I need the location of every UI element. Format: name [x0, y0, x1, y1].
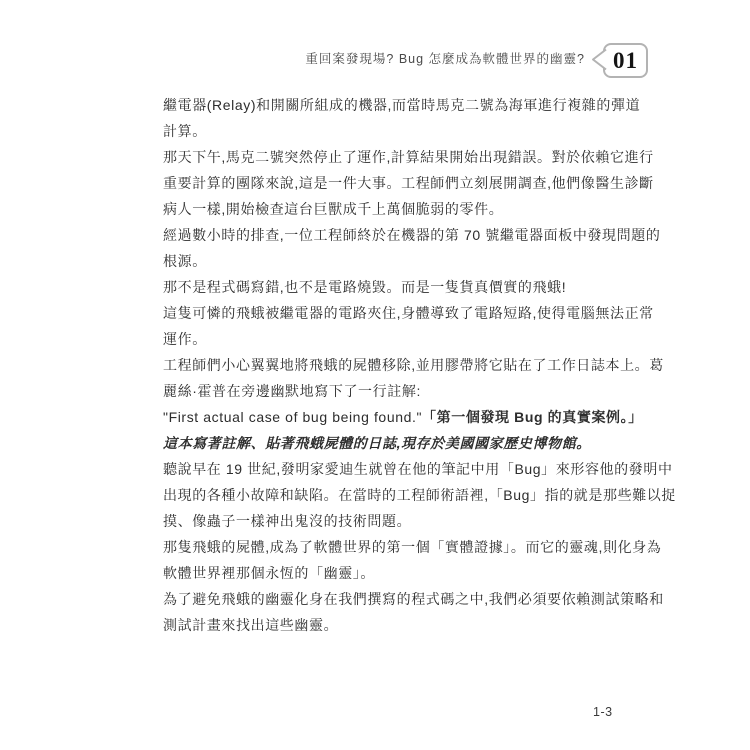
chapter-badge-tail-icon: [589, 48, 607, 71]
paragraph: 那隻飛蛾的屍體,成為了軟體世界的第一個「實體證據」。而它的靈魂,則化身為 軟體世…: [163, 534, 637, 586]
quote-chinese: 「第一個發現 Bug 的真實案例。」: [422, 409, 643, 425]
paragraph: 這隻可憐的飛蛾被繼電器的電路夾住,身體導致了電路短路,使得電腦無法正常 運作。: [163, 300, 637, 352]
text-line: 根源。: [163, 248, 637, 274]
text-line: 為了避免飛蛾的幽靈化身在我們撰寫的程式碼之中,我們必須要依賴測試策略和: [163, 586, 637, 612]
body-text-block: 繼電器(Relay)和開關所組成的機器,而當時馬克二號為海軍進行複雜的彈道 計算…: [163, 92, 637, 638]
paragraph: 那天下午,馬克二號突然停止了運作,計算結果開始出現錯誤。對於依賴它進行 重要計算…: [163, 144, 637, 222]
book-page: 重回案發現場? Bug 怎麼成為軟體世界的幽靈? 01 繼電器(Relay)和開…: [0, 0, 750, 750]
chapter-number-badge: 01: [603, 43, 648, 78]
paragraph: 那不是程式碼寫錯,也不是電路燒毀。而是一隻貨真價實的飛蛾!: [163, 274, 637, 300]
text-line: 出現的各種小故障和缺陷。在當時的工程師術語裡,「Bug」指的就是那些難以捉: [163, 482, 637, 508]
text-line: 重要計算的團隊來說,這是一件大事。工程師們立刻展開調查,他們像醫生診斷: [163, 170, 637, 196]
text-line: 測試計畫來找出這些幽靈。: [163, 612, 637, 638]
text-line: 這隻可憐的飛蛾被繼電器的電路夾住,身體導致了電路短路,使得電腦無法正常: [163, 300, 637, 326]
text-line: 運作。: [163, 326, 637, 352]
text-line: 那天下午,馬克二號突然停止了運作,計算結果開始出現錯誤。對於依賴它進行: [163, 144, 637, 170]
paragraph: 工程師們小心翼翼地將飛蛾的屍體移除,並用膠帶將它貼在了工作日誌本上。葛 麗絲·霍…: [163, 352, 637, 404]
text-line: 摸、像蟲子一樣神出鬼沒的技術問題。: [163, 508, 637, 534]
text-line: 軟體世界裡那個永恆的「幽靈」。: [163, 560, 637, 586]
page-number: 1-3: [593, 705, 613, 719]
text-line: 經過數小時的排查,一位工程師終於在機器的第 70 號繼電器面板中發現問題的: [163, 222, 637, 248]
text-line: 工程師們小心翼翼地將飛蛾的屍體移除,並用膠帶將它貼在了工作日誌本上。葛: [163, 352, 637, 378]
quote-line: "First actual case of bug being found."「…: [163, 404, 637, 430]
text-line: 麗絲·霍普在旁邊幽默地寫下了一行註解:: [163, 378, 637, 404]
text-line: 病人一樣,開始檢查這台巨獸成千上萬個脆弱的零件。: [163, 196, 637, 222]
paragraph-note: 這本寫著註解、貼著飛蛾屍體的日誌,現存於美國國家歷史博物館。: [163, 430, 637, 456]
text-line: 那不是程式碼寫錯,也不是電路燒毀。而是一隻貨真價實的飛蛾!: [163, 274, 637, 300]
paragraph-quote: "First actual case of bug being found."「…: [163, 404, 637, 430]
paragraph: 為了避免飛蛾的幽靈化身在我們撰寫的程式碼之中,我們必須要依賴測試策略和 測試計畫…: [163, 586, 637, 638]
text-line: 聽說早在 19 世紀,發明家愛迪生就曾在他的筆記中用「Bug」來形容他的發明中: [163, 456, 637, 482]
text-line: 那隻飛蛾的屍體,成為了軟體世界的第一個「實體證據」。而它的靈魂,則化身為: [163, 534, 637, 560]
text-line: 繼電器(Relay)和開關所組成的機器,而當時馬克二號為海軍進行複雜的彈道: [163, 92, 637, 118]
quote-english: "First actual case of bug being found.": [163, 409, 422, 425]
paragraph: 聽說早在 19 世紀,發明家愛迪生就曾在他的筆記中用「Bug」來形容他的發明中 …: [163, 456, 637, 534]
paragraph: 經過數小時的排查,一位工程師終於在機器的第 70 號繼電器面板中發現問題的 根源…: [163, 222, 637, 274]
running-header-title: 重回案發現場? Bug 怎麼成為軟體世界的幽靈?: [305, 49, 585, 67]
text-line: 計算。: [163, 118, 637, 144]
paragraph: 繼電器(Relay)和開關所組成的機器,而當時馬克二號為海軍進行複雜的彈道 計算…: [163, 92, 637, 144]
note-line: 這本寫著註解、貼著飛蛾屍體的日誌,現存於美國國家歷史博物館。: [163, 430, 637, 456]
